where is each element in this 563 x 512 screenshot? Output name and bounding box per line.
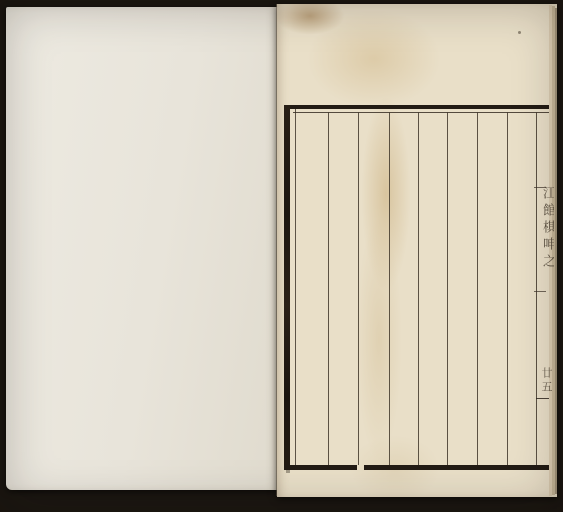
column-line bbox=[358, 112, 359, 465]
stacked-leaf-edge bbox=[555, 8, 557, 494]
blank-left-page bbox=[6, 7, 277, 490]
column-line bbox=[447, 112, 448, 465]
column-line bbox=[328, 112, 329, 465]
fold-edge-title-text: 江館棋呻之 bbox=[541, 186, 554, 271]
fold-edge-page-number: 廿五 bbox=[541, 367, 553, 398]
column-line bbox=[389, 112, 390, 465]
ruled-right-page bbox=[277, 4, 557, 497]
column-line bbox=[477, 112, 478, 465]
column-line bbox=[418, 112, 419, 465]
column-line bbox=[507, 112, 508, 465]
text-frame bbox=[284, 105, 556, 470]
column-lines bbox=[284, 105, 556, 470]
column-line bbox=[536, 112, 537, 465]
book-photograph: 江館棋呻之 廿五 bbox=[0, 0, 563, 512]
fold-edge-title: 江館棋呻之 bbox=[541, 186, 554, 298]
fold-edge-page-number-text: 廿五 bbox=[541, 367, 552, 395]
paper-speck bbox=[518, 31, 521, 34]
